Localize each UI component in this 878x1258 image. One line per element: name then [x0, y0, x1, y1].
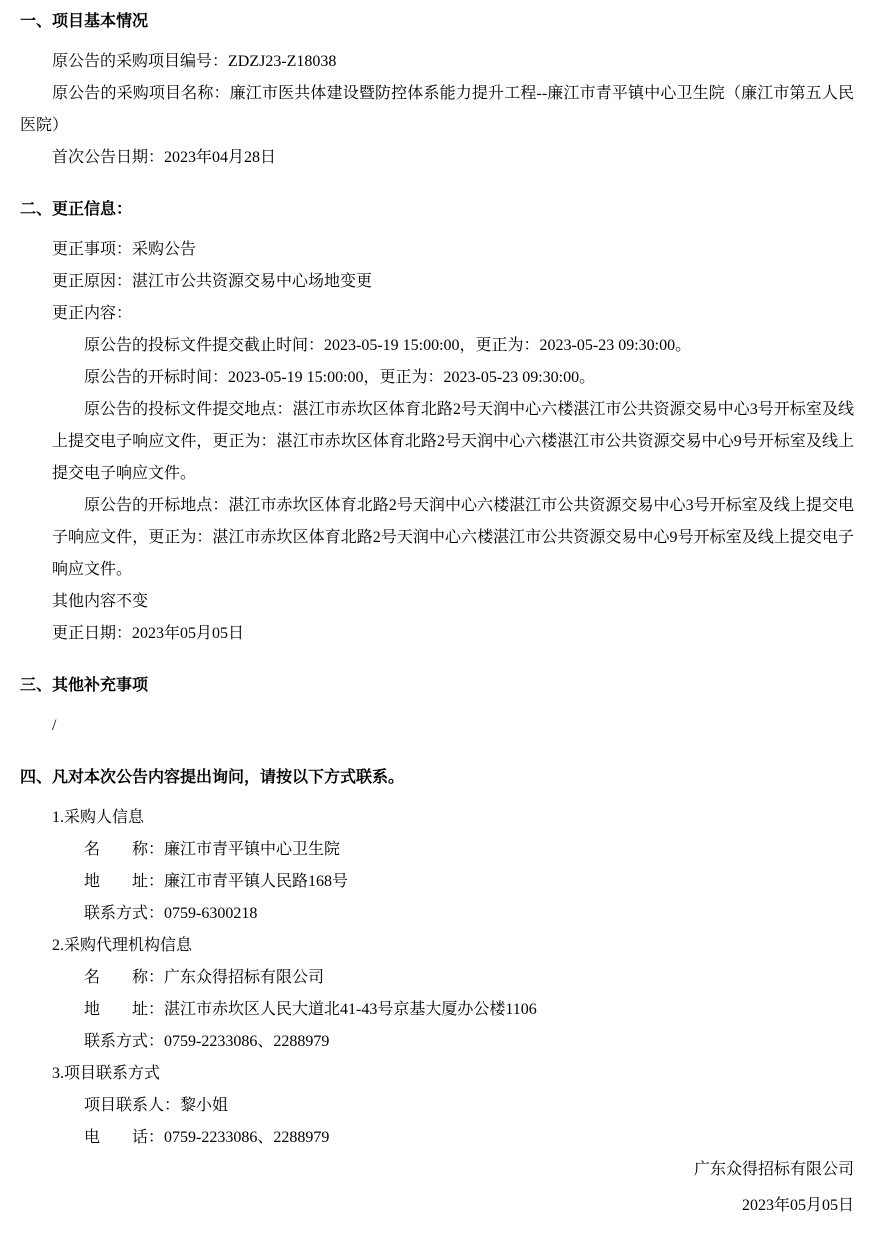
paragraph: 更正内容： — [20, 298, 854, 330]
paragraph: 电 话：0759-2233086、2288979 — [52, 1122, 854, 1154]
paragraph: 其他内容不变 — [20, 586, 854, 618]
notice-section: 四、凡对本次公告内容提出询问，请按以下方式联系。 1.采购人信息名 称：廉江市青… — [20, 762, 854, 1154]
notice-section: 三、其他补充事项 / — [20, 670, 854, 742]
paragraph: 联系方式：0759-2233086、2288979 — [52, 1026, 854, 1058]
notice-section: 一、项目基本情况 原公告的采购项目编号：ZDZJ23-Z18038原公告的采购项… — [20, 6, 854, 174]
paragraph: 更正日期：2023年05月05日 — [20, 618, 854, 650]
paragraph: 原公告的采购项目名称：廉江市医共体建设暨防控体系能力提升工程--廉江市青平镇中心… — [20, 78, 854, 142]
notice-section: 二、更正信息： 更正事项：采购公告更正原因：湛江市公共资源交易中心场地变更更正内… — [20, 194, 854, 650]
paragraph: 原公告的投标文件提交地点：湛江市赤坎区体育北路2号天润中心六楼湛江市公共资源交易… — [52, 394, 854, 490]
paragraph: 3.项目联系方式 — [20, 1058, 854, 1090]
sections-container: 一、项目基本情况 原公告的采购项目编号：ZDZJ23-Z18038原公告的采购项… — [20, 6, 854, 1154]
paragraph: / — [20, 710, 854, 742]
paragraph: 原公告的投标文件提交截止时间：2023-05-19 15:00:00，更正为：2… — [52, 330, 854, 362]
signature-date: 2023年05月05日 — [20, 1190, 854, 1222]
paragraph: 联系方式：0759-6300218 — [52, 898, 854, 930]
signature-agency: 广东众得招标有限公司 — [20, 1154, 854, 1186]
paragraph: 地 址：廉江市青平镇人民路168号 — [52, 866, 854, 898]
paragraph: 原公告的采购项目编号：ZDZJ23-Z18038 — [20, 46, 854, 78]
section-heading: 一、项目基本情况 — [20, 6, 854, 38]
paragraph: 2.采购代理机构信息 — [20, 930, 854, 962]
paragraph: 名 称：廉江市青平镇中心卫生院 — [52, 834, 854, 866]
paragraph: 原公告的开标地点：湛江市赤坎区体育北路2号天润中心六楼湛江市公共资源交易中心3号… — [52, 490, 854, 586]
paragraph: 原公告的开标时间：2023-05-19 15:00:00，更正为：2023-05… — [52, 362, 854, 394]
paragraph: 更正原因：湛江市公共资源交易中心场地变更 — [20, 266, 854, 298]
paragraph: 1.采购人信息 — [20, 802, 854, 834]
paragraph: 项目联系人：黎小姐 — [52, 1090, 854, 1122]
paragraph: 地 址：湛江市赤坎区人民大道北41-43号京基大厦办公楼1106 — [52, 994, 854, 1026]
paragraph: 名 称：广东众得招标有限公司 — [52, 962, 854, 994]
paragraph: 更正事项：采购公告 — [20, 234, 854, 266]
section-heading: 二、更正信息： — [20, 194, 854, 226]
section-heading: 三、其他补充事项 — [20, 670, 854, 702]
notice-document: 一、项目基本情况 原公告的采购项目编号：ZDZJ23-Z18038原公告的采购项… — [0, 0, 878, 1258]
section-heading: 四、凡对本次公告内容提出询问，请按以下方式联系。 — [20, 762, 854, 794]
paragraph: 首次公告日期：2023年04月28日 — [20, 142, 854, 174]
